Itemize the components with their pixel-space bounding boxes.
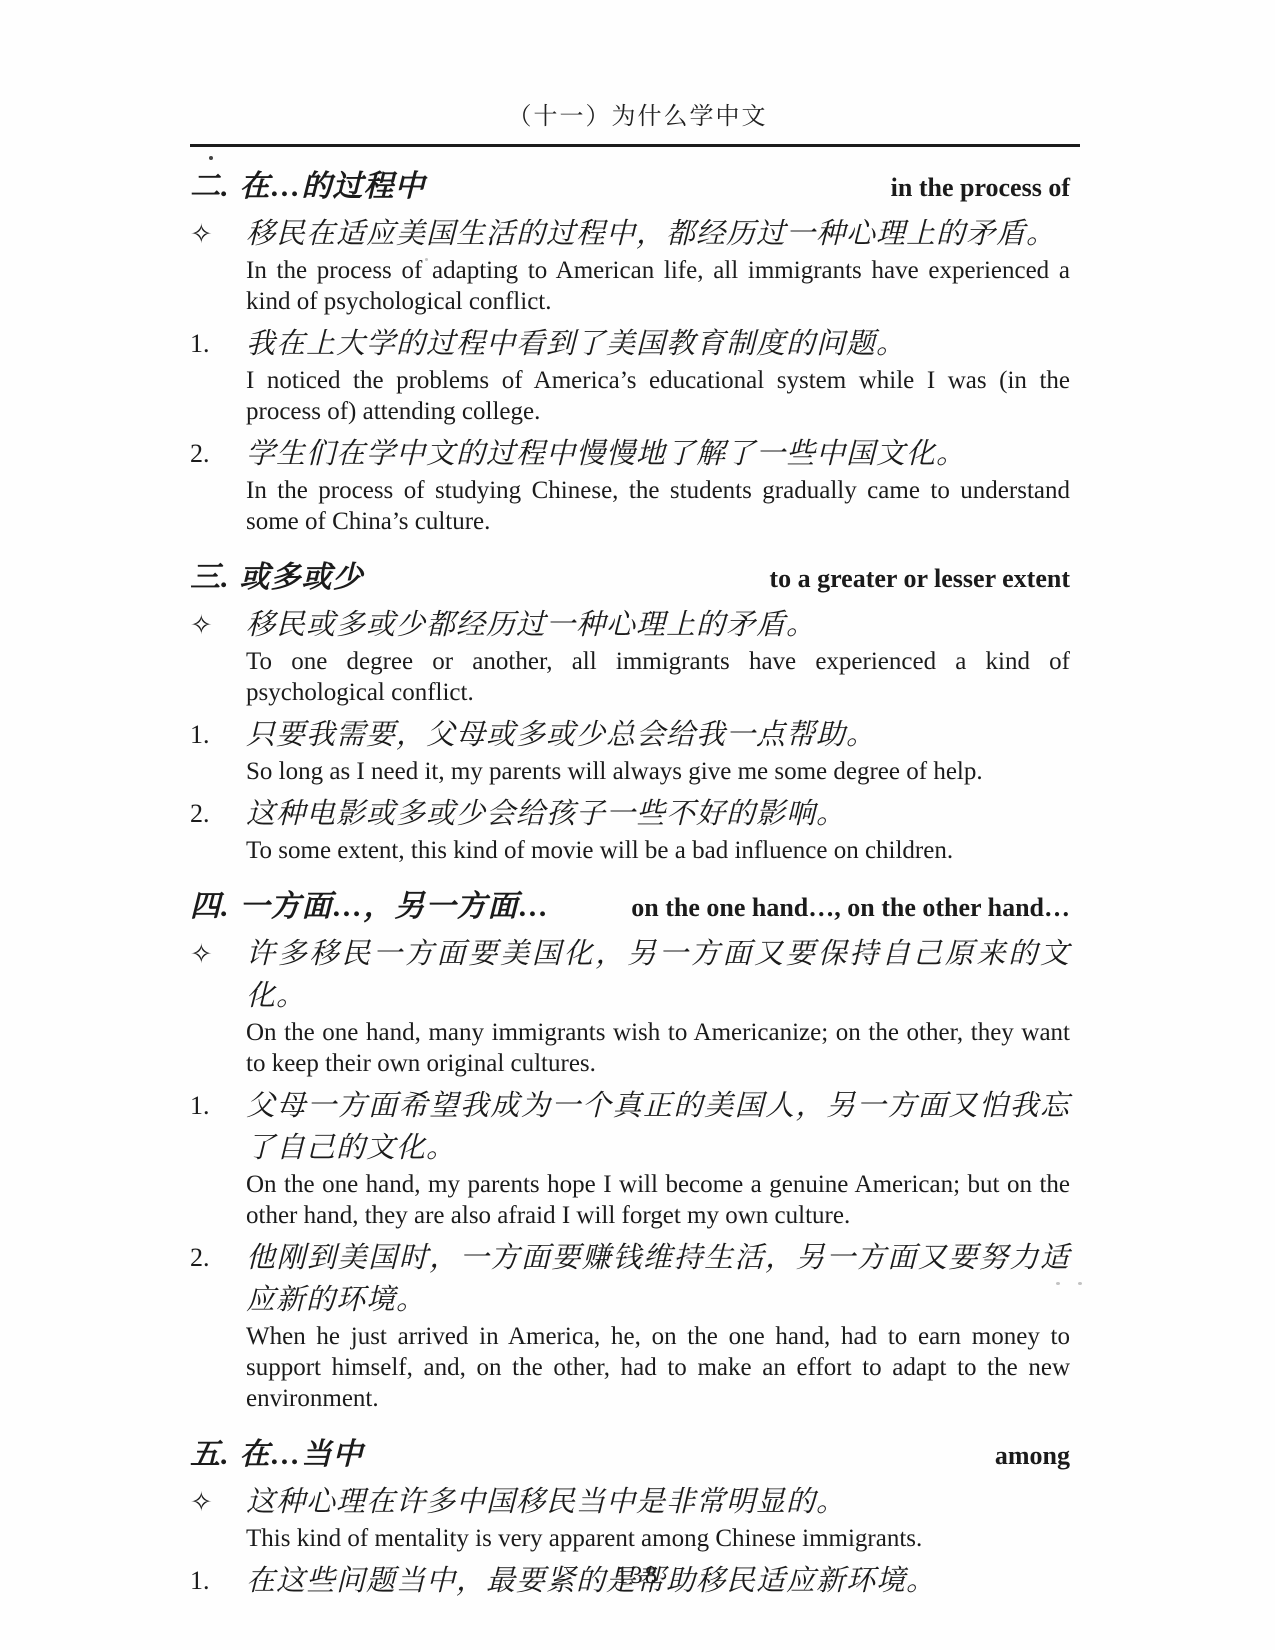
section-number: 四. bbox=[190, 890, 230, 923]
section-2: 二.在…的过程中 in the process of ✧ 移民在适应美国生活的过… bbox=[190, 168, 1070, 541]
chinese-sentence: 这种电影或多或少会给孩子一些不好的影响。 bbox=[246, 793, 1070, 835]
english-translation: In the process of adapting to American l… bbox=[246, 255, 1070, 317]
chinese-sentence: 我在上大学的过程中看到了美国教育制度的问题。 bbox=[246, 323, 1070, 365]
section-pattern: 一方面…，另一方面… bbox=[240, 890, 550, 923]
section-number: 二. bbox=[190, 170, 230, 203]
section-heading: 二.在…的过程中 in the process of bbox=[190, 168, 1070, 207]
section-number: 五. bbox=[190, 1438, 230, 1471]
section-number: 三. bbox=[190, 561, 230, 594]
section-heading: 四.一方面…，另一方面… on the one hand…, on the ot… bbox=[190, 888, 1070, 927]
header-rule bbox=[190, 144, 1080, 147]
section-title-en: in the process of bbox=[891, 169, 1070, 207]
running-header: （十一）为什么学中文 bbox=[0, 96, 1275, 131]
example-item: 1. 我在上大学的过程中看到了美国教育制度的问题。 I noticed the … bbox=[190, 323, 1070, 431]
example-item: ✧ 移民或多或少都经历过一种心理上的矛盾。 To one degree or a… bbox=[190, 604, 1070, 712]
section-title-en: on the one hand…, on the other hand… bbox=[631, 889, 1070, 927]
example-item: 1. 父母一方面希望我成为一个真正的美国人，另一方面又怕我忘了自己的文化。 On… bbox=[190, 1085, 1070, 1235]
item-marker: 1. bbox=[190, 323, 246, 431]
item-body: 我在上大学的过程中看到了美国教育制度的问题。 I noticed the pro… bbox=[246, 323, 1070, 431]
chinese-sentence: 移民在适应美国生活的过程中，都经历过一种心理上的矛盾。 bbox=[246, 213, 1070, 255]
chinese-sentence: 父母一方面希望我成为一个真正的美国人，另一方面又怕我忘了自己的文化。 bbox=[246, 1085, 1070, 1169]
section-heading: 五.在…当中 among bbox=[190, 1436, 1070, 1475]
section-heading: 三.或多或少 to a greater or lesser extent bbox=[190, 559, 1070, 598]
example-item: ✧ 许多移民一方面要美国化，另一方面又要保持自己原来的文化。 On the on… bbox=[190, 933, 1070, 1083]
chinese-sentence: 许多移民一方面要美国化，另一方面又要保持自己原来的文化。 bbox=[246, 933, 1070, 1017]
item-marker: 1. bbox=[190, 714, 246, 791]
section-title-cn: 四.一方面…，另一方面… bbox=[190, 888, 550, 926]
section-title-en: to a greater or lesser extent bbox=[769, 560, 1070, 598]
section-4: 四.一方面…，另一方面… on the one hand…, on the ot… bbox=[190, 888, 1070, 1418]
item-body: 学生们在学中文的过程中慢慢地了解了一些中国文化。 In the process … bbox=[246, 433, 1070, 541]
section-title-cn: 三.或多或少 bbox=[190, 559, 364, 597]
english-translation: To some extent, this kind of movie will … bbox=[246, 835, 1070, 866]
section-pattern: 在…的过程中 bbox=[240, 170, 426, 203]
section-pattern: 在…当中 bbox=[240, 1438, 364, 1471]
item-body: 父母一方面希望我成为一个真正的美国人，另一方面又怕我忘了自己的文化。 On th… bbox=[246, 1085, 1070, 1235]
item-marker: 2. bbox=[190, 433, 246, 541]
item-body: 他刚到美国时，一方面要赚钱维持生活，另一方面又要努力适应新的环境。 When h… bbox=[246, 1237, 1070, 1418]
english-translation: On the one hand, my parents hope I will … bbox=[246, 1169, 1070, 1231]
english-translation: To one degree or another, all immigrants… bbox=[246, 646, 1070, 708]
english-translation: On the one hand, many immigrants wish to… bbox=[246, 1017, 1070, 1079]
english-translation: I noticed the problems of America’s educ… bbox=[246, 365, 1070, 427]
example-item: ✧ 移民在适应美国生活的过程中，都经历过一种心理上的矛盾。 In the pro… bbox=[190, 213, 1070, 321]
section-pattern: 或多或少 bbox=[240, 561, 364, 594]
item-marker-star: ✧ bbox=[190, 933, 246, 1083]
item-marker: 1. bbox=[190, 1085, 246, 1235]
chinese-sentence: 这种心理在许多中国移民当中是非常明显的。 bbox=[246, 1481, 1070, 1523]
item-body: 移民或多或少都经历过一种心理上的矛盾。 To one degree or ano… bbox=[246, 604, 1070, 712]
english-translation: In the process of studying Chinese, the … bbox=[246, 475, 1070, 537]
page-number: 138 bbox=[0, 1562, 1275, 1590]
english-translation: This kind of mentality is very apparent … bbox=[246, 1523, 1070, 1554]
item-body: 这种心理在许多中国移民当中是非常明显的。 This kind of mental… bbox=[246, 1481, 1070, 1558]
item-body: 这种电影或多或少会给孩子一些不好的影响。 To some extent, thi… bbox=[246, 793, 1070, 870]
scan-speck bbox=[209, 156, 213, 160]
chinese-sentence: 移民或多或少都经历过一种心理上的矛盾。 bbox=[246, 604, 1070, 646]
example-item: 2. 这种电影或多或少会给孩子一些不好的影响。 To some extent, … bbox=[190, 793, 1070, 870]
example-item: ✧ 这种心理在许多中国移民当中是非常明显的。 This kind of ment… bbox=[190, 1481, 1070, 1558]
section-title-cn: 五.在…当中 bbox=[190, 1436, 364, 1474]
item-marker: 2. bbox=[190, 793, 246, 870]
item-marker: 2. bbox=[190, 1237, 246, 1418]
chinese-sentence: 学生们在学中文的过程中慢慢地了解了一些中国文化。 bbox=[246, 433, 1070, 475]
item-body: 移民在适应美国生活的过程中，都经历过一种心理上的矛盾。 In the proce… bbox=[246, 213, 1070, 321]
item-marker-star: ✧ bbox=[190, 1481, 246, 1558]
chinese-sentence: 只要我需要，父母或多或少总会给我一点帮助。 bbox=[246, 714, 1070, 756]
item-marker-star: ✧ bbox=[190, 213, 246, 321]
chinese-sentence: 他刚到美国时，一方面要赚钱维持生活，另一方面又要努力适应新的环境。 bbox=[246, 1237, 1070, 1321]
example-item: 2. 学生们在学中文的过程中慢慢地了解了一些中国文化。 In the proce… bbox=[190, 433, 1070, 541]
example-item: 2. 他刚到美国时，一方面要赚钱维持生活，另一方面又要努力适应新的环境。 Whe… bbox=[190, 1237, 1070, 1418]
scan-speck bbox=[1078, 1282, 1082, 1285]
section-3: 三.或多或少 to a greater or lesser extent ✧ 移… bbox=[190, 559, 1070, 870]
example-item: 1. 只要我需要，父母或多或少总会给我一点帮助。 So long as I ne… bbox=[190, 714, 1070, 791]
item-marker-star: ✧ bbox=[190, 604, 246, 712]
english-translation: So long as I need it, my parents will al… bbox=[246, 756, 1070, 787]
section-title-cn: 二.在…的过程中 bbox=[190, 168, 426, 206]
item-body: 许多移民一方面要美国化，另一方面又要保持自己原来的文化。 On the one … bbox=[246, 933, 1070, 1083]
page-content: 二.在…的过程中 in the process of ✧ 移民在适应美国生活的过… bbox=[190, 168, 1070, 1620]
item-body: 只要我需要，父母或多或少总会给我一点帮助。 So long as I need … bbox=[246, 714, 1070, 791]
section-title-en: among bbox=[995, 1437, 1070, 1475]
english-translation: When he just arrived in America, he, on … bbox=[246, 1321, 1070, 1414]
scanned-textbook-page: （十一）为什么学中文 二.在…的过程中 in the process of ✧ … bbox=[0, 0, 1275, 1650]
